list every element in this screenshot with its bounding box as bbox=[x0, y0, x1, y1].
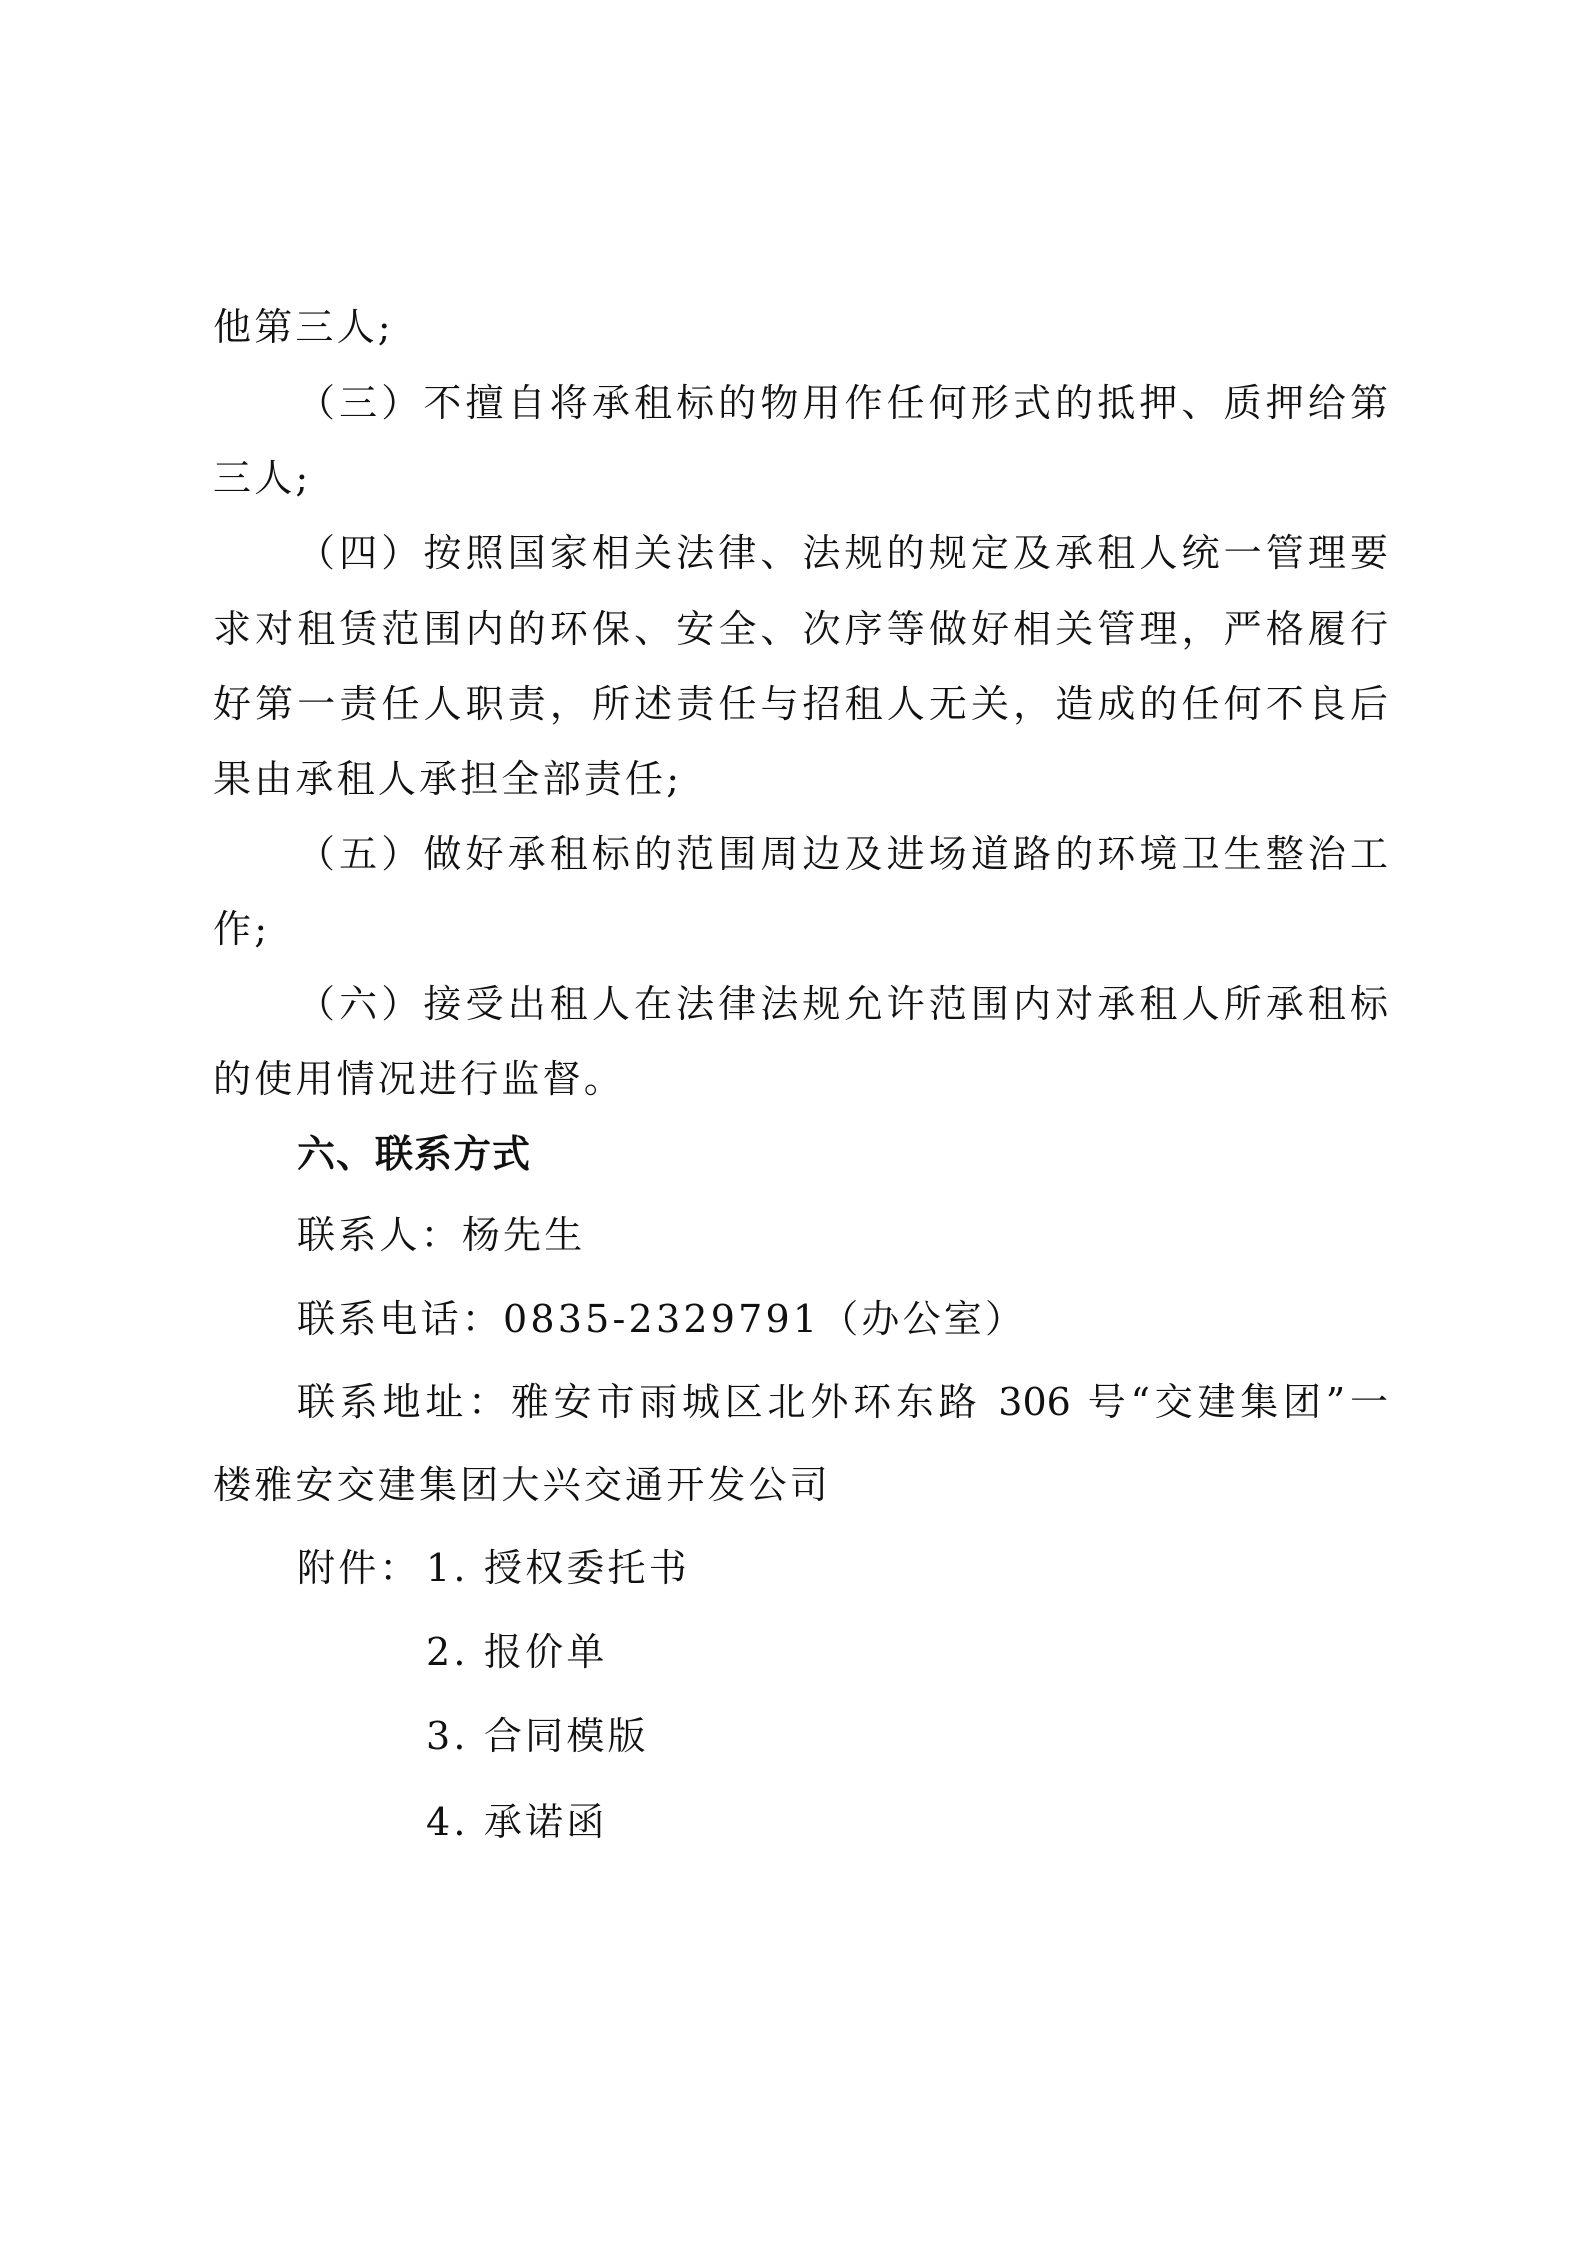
attachment-item-3: 3. 合同模版 bbox=[426, 1706, 1587, 1766]
attachment-item-1: 1. 授权委托书 bbox=[426, 1538, 1587, 1598]
contact-phone-row: 联系电话：0835-2329791（办公室） bbox=[297, 1289, 1472, 1349]
item-3-line-1: （三）不擅自将承租标的物用作任何形式的抵押、质押给第 bbox=[297, 373, 1388, 433]
contact-address-line-2: 楼雅安交建集团大兴交通开发公司 bbox=[213, 1455, 1388, 1515]
item-4-line-4: 果由承租人承担全部责任; bbox=[213, 749, 1388, 809]
item-6-line-1: （六）接受出租人在法律法规允许范围内对承租人所承租标 bbox=[297, 974, 1388, 1034]
contact-person-value: 杨先生 bbox=[462, 1213, 586, 1257]
item-4-line-3: 好第一责任人职责，所述责任与招租人无关，造成的任何不良后 bbox=[213, 674, 1388, 734]
contact-phone-label: 联系电话： bbox=[297, 1297, 503, 1341]
attachment-item-4: 4. 承诺函 bbox=[426, 1792, 1587, 1852]
contact-person-row: 联系人：杨先生 bbox=[297, 1205, 1472, 1265]
item-3-line-2: 三人; bbox=[213, 448, 1388, 508]
contact-phone-value: 0835-2329791（办公室） bbox=[503, 1297, 1026, 1341]
paragraph-continuation-line: 他第三人; bbox=[213, 297, 1388, 357]
attachment-item-2: 2. 报价单 bbox=[426, 1622, 1587, 1682]
section-heading-contact: 六、联系方式 bbox=[297, 1124, 1472, 1184]
item-4-line-2: 求对租赁范围内的环保、安全、次序等做好相关管理，严格履行 bbox=[213, 599, 1388, 659]
contact-address-line-1: 雅安市雨城区北外环东路 306 号“交建集团”一 bbox=[511, 1380, 1388, 1424]
contact-address-row: 联系地址：雅安市雨城区北外环东路 306 号“交建集团”一 bbox=[297, 1372, 1388, 1432]
document-page: 他第三人; （三）不擅自将承租标的物用作任何形式的抵押、质押给第 三人; （四）… bbox=[0, 0, 1587, 2245]
item-5-line-2: 作; bbox=[213, 899, 1388, 959]
item-4-line-1: （四）按照国家相关法律、法规的规定及承租人统一管理要 bbox=[297, 523, 1388, 583]
contact-person-label: 联系人： bbox=[297, 1213, 462, 1257]
item-6-line-2: 的使用情况进行监督。 bbox=[213, 1049, 1388, 1109]
item-5-line-1: （五）做好承租标的范围周边及进场道路的环境卫生整治工 bbox=[297, 824, 1388, 884]
contact-address-label: 联系地址： bbox=[297, 1380, 511, 1424]
